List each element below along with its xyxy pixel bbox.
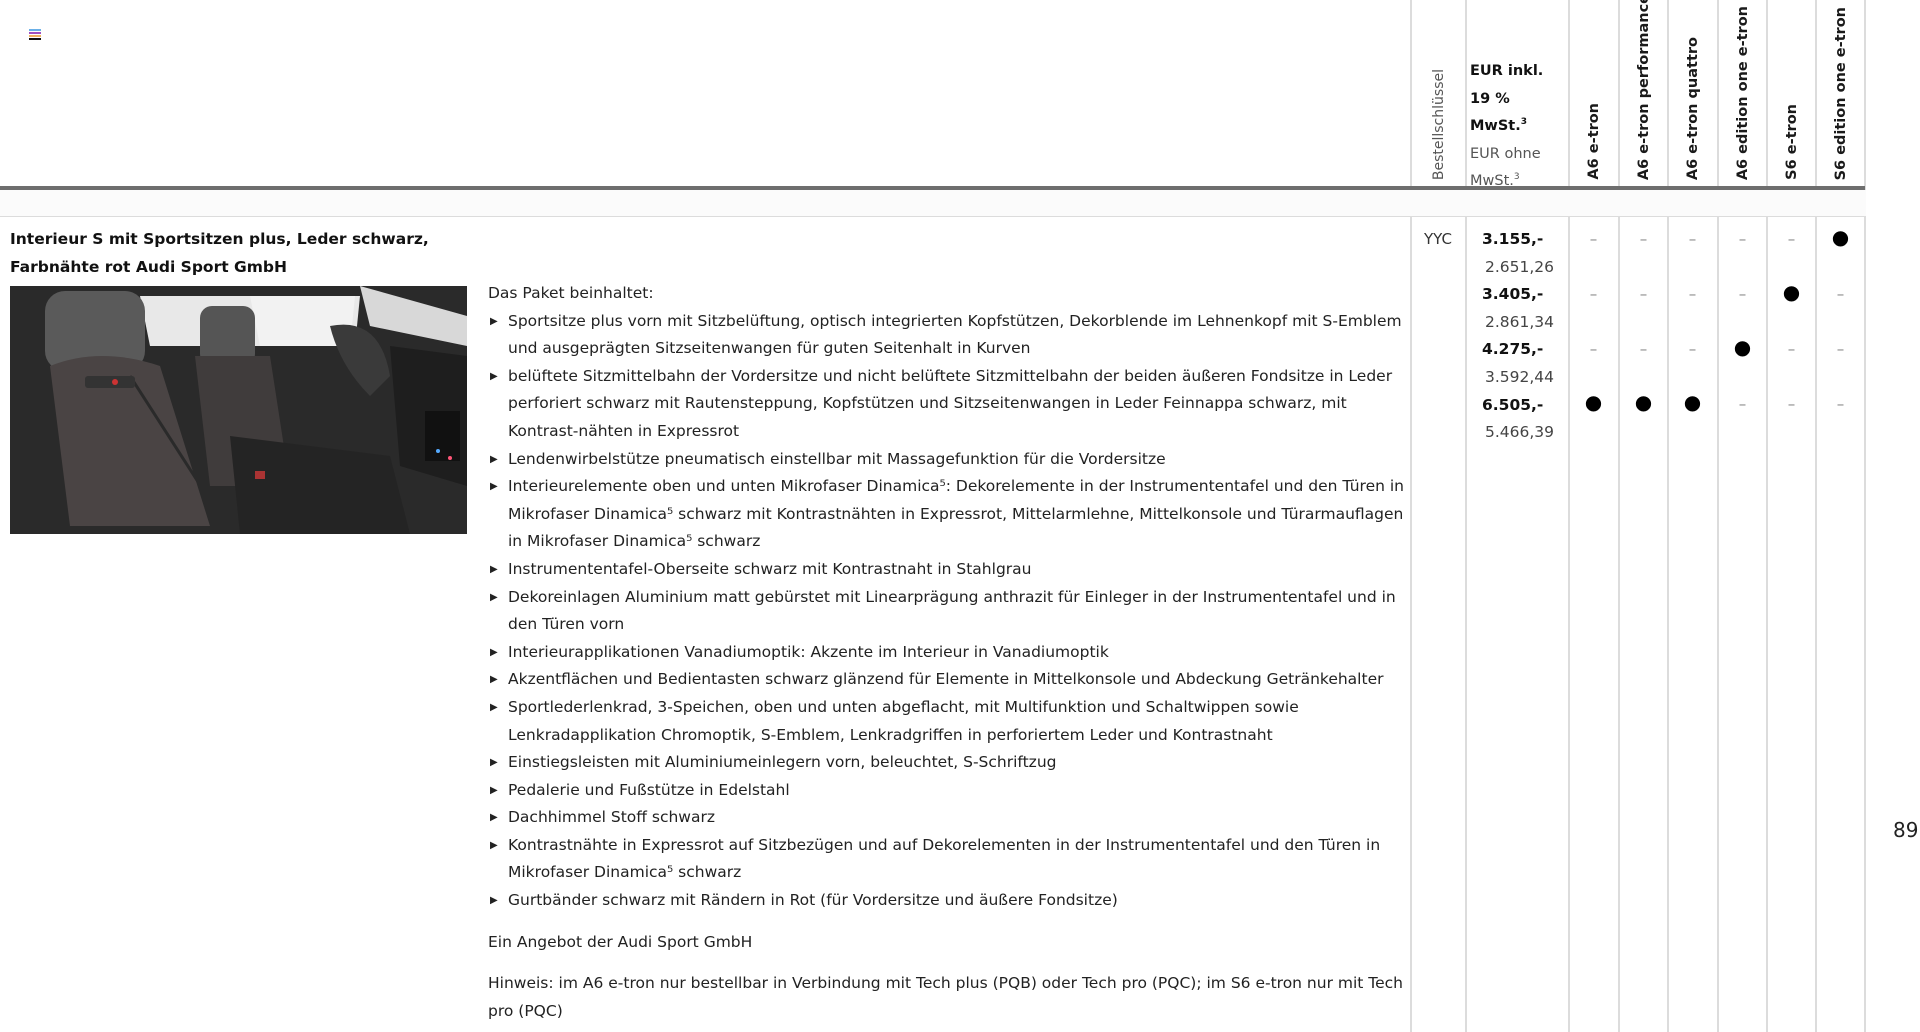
feature-item: ▶Dekoreinlagen Aluminium matt gebürstet … xyxy=(488,584,1408,639)
order-code: YYC xyxy=(1424,226,1452,254)
availability-mark: – xyxy=(1569,226,1618,254)
offer-note: Ein Angebot der Audi Sport GmbH xyxy=(488,929,1408,957)
availability-hint: Hinweis: im A6 e-tron nur bestellbar in … xyxy=(488,970,1408,1025)
header-rule xyxy=(0,186,1865,190)
price-list: 3.155,- 2.651,26 3.405,- 2.861,34 4.275,… xyxy=(1482,226,1562,447)
interior-photo xyxy=(10,286,467,534)
feature-item: ▶Kontrastnähte in Expressrot auf Sitzbez… xyxy=(488,832,1408,887)
availability-dot-icon: ● xyxy=(1668,389,1717,417)
car-interior-image xyxy=(10,286,467,534)
bullet-triangle-icon: ▶ xyxy=(490,749,498,777)
header-model-s6-edition-one: S6 edition one e-tron xyxy=(1817,0,1864,180)
availability-dot-icon: ● xyxy=(1816,224,1865,252)
price-gross: 3.405,- xyxy=(1482,281,1562,309)
availability-mark: – xyxy=(1668,281,1717,309)
bullet-triangle-icon: ▶ xyxy=(490,832,498,860)
feature-item: ▶Interieurelemente oben und unten Mikrof… xyxy=(488,473,1408,556)
header-price: EUR inkl. 19 % MwSt.3 EUR ohne MwSt.3 xyxy=(1470,58,1566,196)
feature-item: ▶Instrumententafel-Oberseite schwarz mit… xyxy=(488,556,1408,584)
availability-mark: – xyxy=(1767,391,1816,419)
availability-mark: – xyxy=(1718,226,1767,254)
availability-mark: – xyxy=(1816,391,1865,419)
availability-mark: – xyxy=(1619,226,1668,254)
bullet-triangle-icon: ▶ xyxy=(490,446,498,474)
availability-dot-icon: ● xyxy=(1619,389,1668,417)
price-gross: 4.275,- xyxy=(1482,336,1562,364)
column-divider xyxy=(1864,0,1866,1032)
feature-list: ▶Sportsitze plus vorn mit Sitzbelüftung,… xyxy=(488,308,1408,915)
header-model-a6-edition-one: A6 edition one e-tron xyxy=(1719,0,1766,180)
bullet-triangle-icon: ▶ xyxy=(490,584,498,612)
availability-dot-icon: ● xyxy=(1569,389,1618,417)
availability-mark: – xyxy=(1569,281,1618,309)
item-description: Das Paket beinhaltet: ▶Sportsitze plus v… xyxy=(488,280,1408,1025)
bullet-triangle-icon: ▶ xyxy=(490,804,498,832)
bullet-triangle-icon: ▶ xyxy=(490,666,498,694)
availability-mark: – xyxy=(1668,336,1717,364)
column-divider xyxy=(1465,0,1467,1032)
availability-dot-icon: ● xyxy=(1767,279,1816,307)
availability-mark: – xyxy=(1718,281,1767,309)
price-gross: 6.505,- xyxy=(1482,392,1562,420)
header-model-a6-etron-performance: A6 e-tron performance xyxy=(1620,0,1667,180)
header-model-a6-etron: A6 e-tron xyxy=(1570,0,1618,180)
availability-mark: – xyxy=(1668,226,1717,254)
availability-mark: – xyxy=(1718,391,1767,419)
availability-mark: – xyxy=(1816,281,1865,309)
feature-item: ▶Interieurapplikationen Vanadiumoptik: A… xyxy=(488,639,1408,667)
bullet-triangle-icon: ▶ xyxy=(490,887,498,915)
package-intro: Das Paket beinhaltet: xyxy=(488,280,1408,308)
price-net: 5.466,39 xyxy=(1482,419,1562,447)
feature-item: ▶Akzentflächen und Bedientasten schwarz … xyxy=(488,666,1408,694)
availability-mark: – xyxy=(1619,336,1668,364)
bullet-triangle-icon: ▶ xyxy=(490,556,498,584)
header-gap xyxy=(0,190,1866,216)
price-gross: 3.155,- xyxy=(1482,226,1562,254)
header-model-s6-etron: S6 e-tron xyxy=(1768,0,1815,180)
feature-item: ▶Gurtbänder schwarz mit Rändern in Rot (… xyxy=(488,887,1408,915)
bullet-triangle-icon: ▶ xyxy=(490,308,498,336)
price-net: 2.651,26 xyxy=(1482,254,1562,282)
feature-item: ▶Lendenwirbelstütze pneumatisch einstell… xyxy=(488,446,1408,474)
header-model-a6-etron-quattro: A6 e-tron quattro xyxy=(1669,0,1717,180)
feature-item: ▶Dachhimmel Stoff schwarz xyxy=(488,804,1408,832)
availability-mark: – xyxy=(1569,336,1618,364)
bullet-triangle-icon: ▶ xyxy=(490,363,498,391)
feature-item: ▶Sportlederlenkrad, 3-Speichen, oben und… xyxy=(488,694,1408,749)
feature-item: ▶Einstiegsleisten mit Aluminiumeinlegern… xyxy=(488,749,1408,777)
feature-item: ▶belüftete Sitzmittelbahn der Vordersitz… xyxy=(488,363,1408,446)
item-title: Interieur S mit Sportsitzen plus, Leder … xyxy=(10,226,430,281)
page-number: 89 xyxy=(1893,818,1918,842)
availability-mark: – xyxy=(1619,281,1668,309)
availability-mark: – xyxy=(1767,226,1816,254)
availability-dot-icon: ● xyxy=(1718,334,1767,362)
price-net: 2.861,34 xyxy=(1482,309,1562,337)
header-order-key: Bestellschlüssel xyxy=(1412,0,1465,180)
bullet-triangle-icon: ▶ xyxy=(490,694,498,722)
feature-item: ▶Pedalerie und Fußstütze in Edelstahl xyxy=(488,777,1408,805)
bullet-triangle-icon: ▶ xyxy=(490,639,498,667)
row-rule xyxy=(0,216,1865,217)
brand-logo-icon xyxy=(29,29,41,41)
bullet-triangle-icon: ▶ xyxy=(490,777,498,805)
feature-item: ▶Sportsitze plus vorn mit Sitzbelüftung,… xyxy=(488,308,1408,363)
availability-mark: – xyxy=(1767,336,1816,364)
bullet-triangle-icon: ▶ xyxy=(490,473,498,501)
availability-mark: – xyxy=(1816,336,1865,364)
price-net: 3.592,44 xyxy=(1482,364,1562,392)
